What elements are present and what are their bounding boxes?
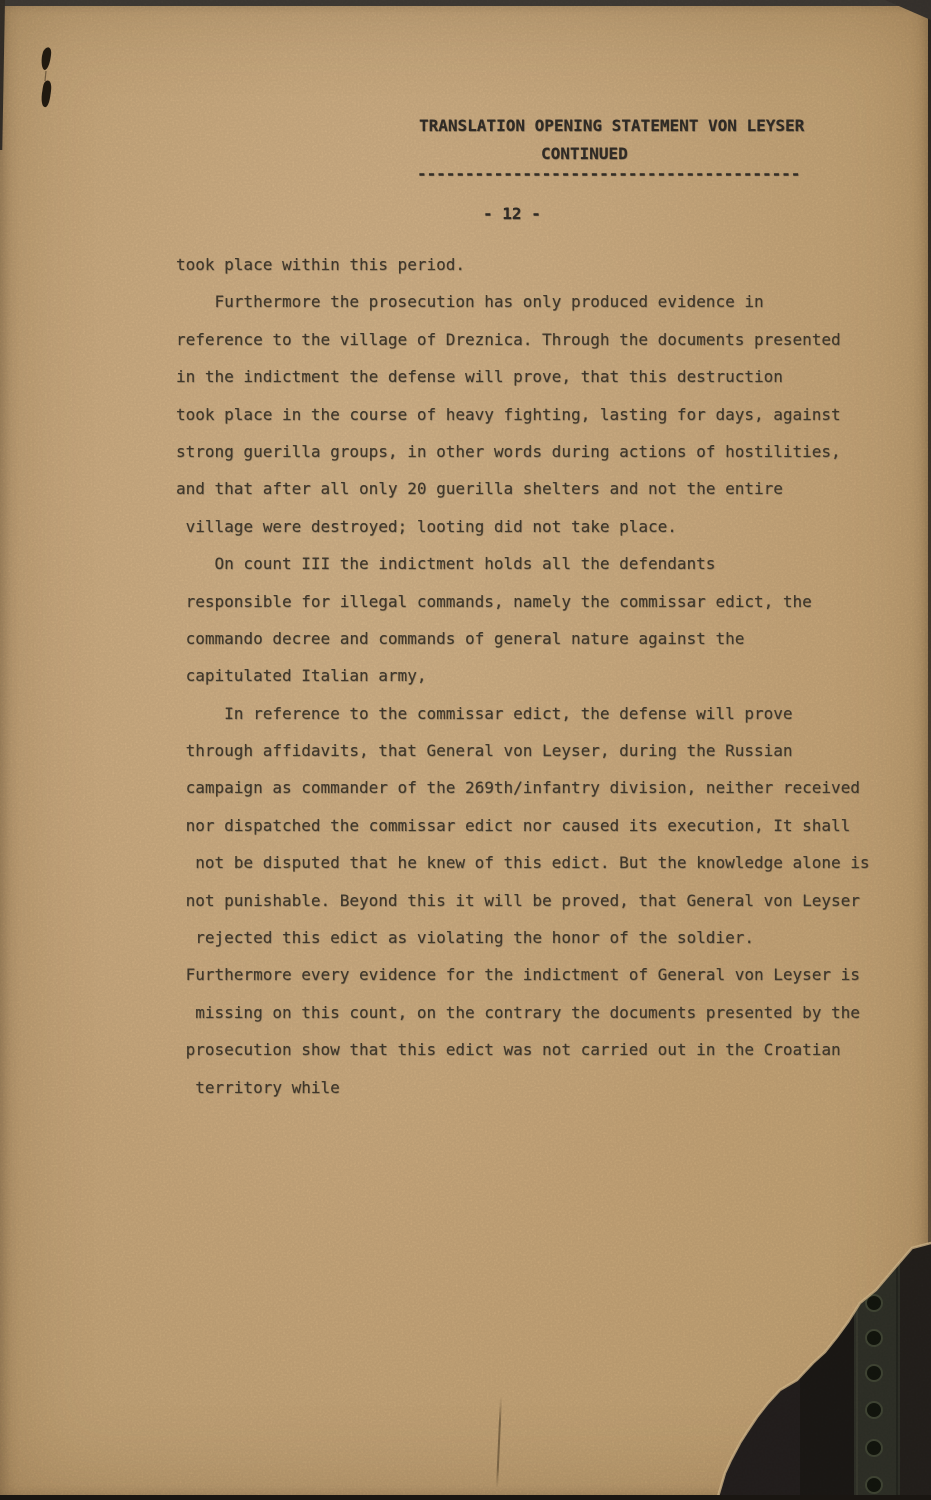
document-title: TRANSLATION OPENING STATEMENT VON LEYSER	[419, 116, 804, 135]
text-line: took place in the course of heavy fighti…	[176, 396, 896, 433]
text-line: strong guerilla groups, in other words d…	[176, 433, 896, 470]
document-body: took place within this period. Furthermo…	[176, 246, 896, 1106]
text-line: In reference to the commissar edict, the…	[176, 695, 896, 732]
text-line: not be disputed that he knew of this edi…	[176, 844, 896, 881]
text-line: rejected this edict as violating the hon…	[176, 919, 896, 956]
text-line: prosecution show that this edict was not…	[176, 1031, 896, 1068]
scanned-document-page: TRANSLATION OPENING STATEMENT VON LEYSER…	[0, 0, 931, 1500]
text-line: capitulated Italian army,	[176, 657, 896, 694]
divider-dashes: ----------------------------------------	[417, 164, 800, 183]
text-line: in the indictment the defense will prove…	[176, 358, 896, 395]
text-line: Furthermore the prosecution has only pro…	[176, 283, 896, 320]
text-line: and that after all only 20 guerilla shel…	[176, 470, 896, 507]
text-line: territory while	[176, 1069, 896, 1106]
page-number: - 12 -	[483, 204, 541, 223]
text-line: missing on this count, on the contrary t…	[176, 994, 896, 1031]
text-line: Furthermore every evidence for the indic…	[176, 956, 896, 993]
text-line: On count III the indictment holds all th…	[176, 545, 896, 582]
text-line: reference to the village of Dreznica. Th…	[176, 321, 896, 358]
text-line: took place within this period.	[176, 246, 896, 283]
text-line: not punishable. Beyond this it will be p…	[176, 882, 896, 919]
text-line: village were destroyed; looting did not …	[176, 508, 896, 545]
text-line: responsible for illegal commands, namely…	[176, 583, 896, 620]
text-line: commando decree and commands of general …	[176, 620, 896, 657]
scan-edge-bottom	[0, 1495, 931, 1500]
document-subtitle: CONTINUED	[541, 144, 628, 163]
scan-edge-top	[0, 0, 931, 6]
text-line: nor dispatched the commissar edict nor c…	[176, 807, 896, 844]
ink-mark-icon	[38, 44, 62, 116]
text-line: campaign as commander of the 269th/infan…	[176, 769, 896, 806]
torn-corner-bottom-right	[650, 1230, 931, 1500]
text-line: through affidavits, that General von Ley…	[176, 732, 896, 769]
